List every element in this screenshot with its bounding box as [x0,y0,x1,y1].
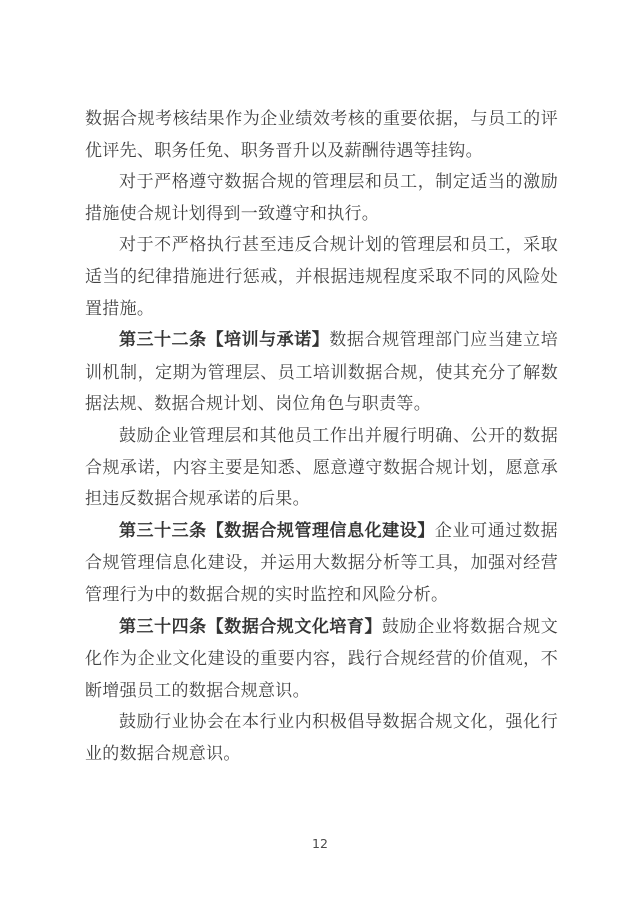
paragraph-performance-review: 数据合规考核结果作为企业绩效考核的重要依据，与员工的评优评先、职务任免、职务晋升… [85,103,558,166]
document-body: 数据合规考核结果作为企业绩效考核的重要依据，与员工的评优评先、职务任免、职务晋升… [85,103,558,769]
paragraph-text: 鼓励行业协会在本行业内积极倡导数据合规文化，强化行业的数据合规意识。 [85,712,558,763]
article-34-heading: 第三十四条【数据合规文化培育】 [119,617,382,637]
document-page: 数据合规考核结果作为企业绩效考核的重要依据，与员工的评优评先、职务任免、职务晋升… [0,0,640,905]
page-footer: 12 [0,836,640,851]
paragraph-compliance-commitment: 鼓励企业管理层和其他员工作出并履行明确、公开的数据合规承诺，内容主要是知悉、愿意… [85,420,558,515]
paragraph-text: 对于不严格执行甚至违反合规计划的管理层和员工，采取适当的纪律措施进行惩戒，并根据… [85,235,558,317]
paragraph-incentive-measures: 对于严格遵守数据合规的管理层和员工，制定适当的激励措施使合规计划得到一致遵守和执… [85,166,558,229]
page-number: 12 [312,836,328,851]
paragraph-disciplinary-measures: 对于不严格执行甚至违反合规计划的管理层和员工，采取适当的纪律措施进行惩戒，并根据… [85,229,558,324]
paragraph-text: 鼓励企业管理层和其他员工作出并履行明确、公开的数据合规承诺，内容主要是知悉、愿意… [85,426,558,508]
paragraph-industry-association: 鼓励行业协会在本行业内积极倡导数据合规文化，强化行业的数据合规意识。 [85,706,558,769]
paragraph-text: 对于严格遵守数据合规的管理层和员工，制定适当的激励措施使合规计划得到一致遵守和执… [85,172,558,223]
article-33-informatization: 第三十三条【数据合规管理信息化建设】企业可通过数据合规管理信息化建设，并运用大数… [85,515,558,611]
article-32-training-commitment: 第三十二条【培训与承诺】数据合规管理部门应当建立培训机制，定期为管理层、员工培训… [85,324,558,420]
article-34-culture-cultivation: 第三十四条【数据合规文化培育】鼓励企业将数据合规文化作为企业文化建设的重要内容，… [85,611,558,707]
article-33-heading: 第三十三条【数据合规管理信息化建设】 [119,521,435,541]
paragraph-text: 数据合规考核结果作为企业绩效考核的重要依据，与员工的评优评先、职务任免、职务晋升… [85,109,558,160]
article-32-heading: 第三十二条【培训与承诺】 [119,330,329,350]
